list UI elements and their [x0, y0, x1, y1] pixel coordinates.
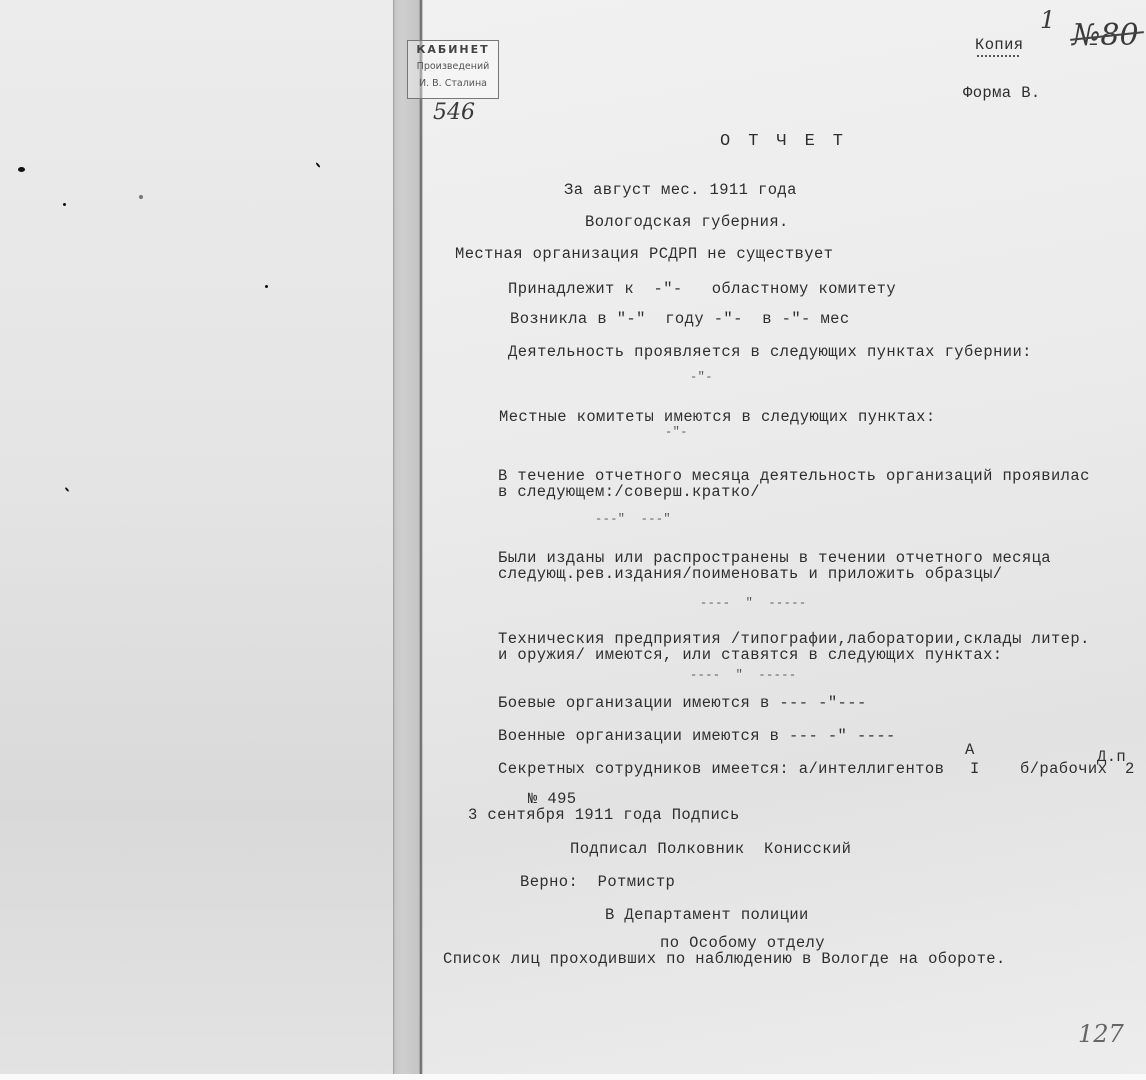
date-line: 3 сентября 1911 года Подпись [468, 806, 740, 824]
province-line: Вологодская губерния. [585, 213, 789, 231]
secret-agents-line: Секретных сотрудников имеется: а/интелли… [498, 760, 944, 778]
ditto-mark: -"- [665, 425, 688, 439]
ink-speck [265, 285, 268, 288]
military-orgs-line: Военные организации имеются в --- -" ---… [498, 727, 896, 745]
stamp-line-2: Произведений [408, 61, 498, 72]
intellectuals-count: I [970, 760, 980, 778]
ink-speck [18, 167, 25, 172]
ink-speck [139, 195, 143, 199]
binding-spine [393, 0, 423, 1080]
stamp-line-1: КАБИНЕТ [408, 43, 498, 56]
period-line: За август мес. 1911 года [564, 181, 797, 199]
ink-speck [315, 162, 320, 168]
ditto-mark: ---- " ----- [700, 596, 806, 610]
copy-label: Копия [975, 36, 1024, 54]
local-committees-line: Местные комитеты имеются в следующих пун… [499, 408, 936, 426]
folio-number: 127 [1078, 1020, 1124, 1048]
ditto-mark: ---- " ----- [690, 668, 796, 682]
footer-note: Список лиц проходивших по наблюдению в В… [443, 950, 1006, 968]
archive-stamp: КАБИНЕТ Произведений И. В. Сталина [407, 40, 499, 99]
form-label: Форма В. [963, 84, 1041, 102]
publications-line-2: следующ.рев.издания/поименовать и прилож… [498, 565, 1002, 583]
ink-speck [65, 487, 70, 492]
ditto-mark: -"- [690, 370, 713, 384]
report-title: ОТЧЕТ [720, 132, 861, 151]
archive-number: 546 [433, 100, 475, 125]
signed-line: Подписал Полковник Конисский [570, 840, 851, 858]
left-blank-page [0, 0, 395, 1080]
scan-edge [0, 1074, 1146, 1080]
verified-line: Верно: Ротмистр [520, 873, 675, 891]
technical-line-2: и оружия/ имеются, или ставятся в следую… [498, 646, 1002, 664]
intellectuals-mark: А [965, 741, 975, 759]
org-status-line: Местная организация РСДРП не существует [455, 245, 833, 263]
page-number: 1 [1040, 6, 1055, 34]
ink-speck [63, 203, 66, 206]
founded-line: Возникла в "-" году -"- в -"- мес [510, 310, 850, 328]
monthly-activity-line-2: в следующем:/соверш.кратко/ [498, 483, 760, 501]
workers-label: б/рабочих [1020, 760, 1107, 778]
ditto-mark: ---" ---" [595, 512, 671, 526]
stamp-line-3: И. В. Сталина [408, 78, 498, 89]
copy-underline [977, 55, 1019, 57]
activity-points-line: Деятельность проявляется в следующих пун… [508, 343, 1032, 361]
combat-orgs-line: Боевые организации имеются в --- -"--- [498, 694, 867, 712]
workers-count: 2 [1125, 760, 1135, 778]
belongs-line: Принадлежит к -"- областному комитету [508, 280, 896, 298]
addressee-line-1: В Департамент полиции [605, 906, 809, 924]
